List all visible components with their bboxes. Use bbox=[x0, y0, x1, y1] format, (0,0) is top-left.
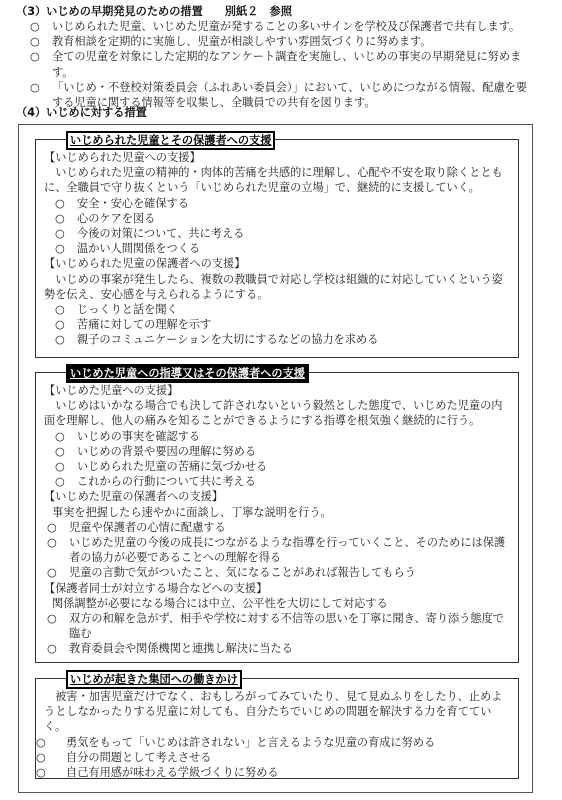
list-item: ○温かい人間関係をつくる bbox=[44, 241, 510, 256]
circle-bullet-icon: ○ bbox=[47, 611, 57, 626]
bullet-list: ○児童や保護者の心情に配慮する ○いじめた児童の今後の成長につながるような指導を… bbox=[44, 520, 510, 581]
circle-bullet-icon: ○ bbox=[47, 520, 57, 535]
list-item: ○親子のコミュニケーションを大切にするなどの協力を求める bbox=[44, 332, 510, 347]
box-title: いじめた児童への指導又はその保護者への支援 bbox=[66, 364, 309, 383]
circle-bullet-icon: ○ bbox=[55, 211, 65, 226]
list-item: ○いじめの事実を確認する bbox=[44, 429, 510, 444]
circle-bullet-icon: ○ bbox=[55, 459, 65, 474]
subsection-label: 【いじめた児童の保護者への支援】 bbox=[44, 489, 510, 504]
circle-bullet-icon: ○ bbox=[55, 226, 65, 241]
circle-bullet-icon: ○ bbox=[55, 474, 65, 489]
subsection-text: いじめの事案が発生したら、複数の教職員で対応し学校は組織的に対応していくという姿… bbox=[44, 272, 510, 302]
circle-bullet-icon: ○ bbox=[36, 735, 46, 750]
section-3-heading: （3）いじめの早期発見のための措置別紙２ 参照 bbox=[16, 4, 292, 19]
list-item: ○いじめられた児童の苦痛に気づかせる bbox=[44, 459, 510, 474]
section-3-reference: 別紙２ 参照 bbox=[225, 5, 292, 18]
subsection-label: 【いじめられた児童への支援】 bbox=[44, 150, 510, 165]
bullet-list: ○じっくりと話を聞く ○苦痛に対しての理解を示す ○親子のコミュニケーションを大… bbox=[44, 302, 510, 348]
circle-bullet-icon: ○ bbox=[55, 302, 65, 317]
box-title: いじめが起きた集団への働きかけ bbox=[66, 670, 242, 689]
subsection-text: いじめはいかなる場合でも決して許されないという毅然とした態度で、いじめた児童の内… bbox=[44, 398, 510, 428]
list-item: ○これからの行動について共に考える bbox=[44, 474, 510, 489]
section-3-title: （3）いじめの早期発見のための措置 bbox=[16, 5, 203, 18]
circle-bullet-icon: ○ bbox=[30, 49, 40, 64]
guidance-bullying-child-box: いじめた児童への指導又はその保護者への支援 【いじめた児童への支援】 いじめはい… bbox=[35, 372, 519, 663]
circle-bullet-icon: ○ bbox=[36, 765, 46, 780]
subsection-text: 関係調整が必要になる場合には中立、公平性を大切にして対応する bbox=[44, 596, 510, 611]
circle-bullet-icon: ○ bbox=[55, 444, 65, 459]
section-4-heading: （4）いじめに対する措置 bbox=[16, 105, 147, 120]
list-item: ○いじめた児童の今後の成長につながるような指導を行っていくこと、そのためには保護… bbox=[44, 535, 510, 565]
list-item: ○全ての児童を対象にした定期的なアンケート調査を実施し、いじめの事実の早期発見に… bbox=[30, 49, 535, 79]
support-bullied-box: いじめられた児童とその保護者への支援 【いじめられた児童への支援】 いじめられた… bbox=[35, 139, 519, 358]
circle-bullet-icon: ○ bbox=[47, 641, 57, 656]
subsection-label: 【いじめられた児童の保護者への支援】 bbox=[44, 256, 510, 271]
section-3-list: ○いじめられた児童、いじめた児童が発することの多いサインを学校及び保護者で共有し… bbox=[30, 19, 535, 110]
circle-bullet-icon: ○ bbox=[55, 196, 65, 211]
circle-bullet-icon: ○ bbox=[55, 241, 65, 256]
list-item: ○じっくりと話を聞く bbox=[44, 302, 510, 317]
circle-bullet-icon: ○ bbox=[55, 317, 65, 332]
bullet-list: ○勇気をもって「いじめは許されない」と言えるような児童の育成に努める ○自分の問… bbox=[36, 735, 510, 781]
group-intervention-box: いじめが起きた集団への働きかけ 被害・加害児童だけでなく、おもしろがってみていた… bbox=[35, 678, 519, 779]
subsection-label: 【いじめた児童への支援】 bbox=[44, 383, 510, 398]
list-item: ○教育相談を定期的に実施し、児童が相談しやすい雰囲気づくりに努めます。 bbox=[30, 34, 535, 49]
list-item: ○自己有用感が味わえる学級づくりに努める bbox=[36, 765, 510, 780]
subsection-text: 事実を把握したら速やかに面談し、丁寧な説明を行う。 bbox=[44, 505, 510, 520]
list-item: ○いじめの背景や要因の理解に努める bbox=[44, 444, 510, 459]
bullet-list: ○安全・安心を確保する ○心のケアを図る ○今後の対策について、共に考える ○温… bbox=[44, 196, 510, 257]
box-title: いじめられた児童とその保護者への支援 bbox=[66, 131, 275, 150]
circle-bullet-icon: ○ bbox=[30, 34, 40, 49]
box-text: 被害・加害児童だけでなく、おもしろがってみていたり、見て見ぬふりをしたり、止めよ… bbox=[44, 689, 510, 735]
list-item: ○教育委員会や関係機関と連携し解決に当たる bbox=[44, 641, 510, 656]
list-item: ○心のケアを図る bbox=[44, 211, 510, 226]
circle-bullet-icon: ○ bbox=[30, 19, 40, 34]
list-item: ○勇気をもって「いじめは許されない」と言えるような児童の育成に努める bbox=[36, 735, 510, 750]
list-item: ○いじめられた児童、いじめた児童が発することの多いサインを学校及び保護者で共有し… bbox=[30, 19, 535, 34]
circle-bullet-icon: ○ bbox=[55, 429, 65, 444]
list-item: ○自分の問題として考えさせる bbox=[36, 750, 510, 765]
bullet-list: ○いじめの事実を確認する ○いじめの背景や要因の理解に努める ○いじめられた児童… bbox=[44, 429, 510, 490]
list-item: ○苦痛に対しての理解を示す bbox=[44, 317, 510, 332]
circle-bullet-icon: ○ bbox=[47, 565, 57, 580]
circle-bullet-icon: ○ bbox=[47, 535, 57, 550]
list-item: ○児童や保護者の心情に配慮する bbox=[44, 520, 510, 535]
list-item: ○安全・安心を確保する bbox=[44, 196, 510, 211]
circle-bullet-icon: ○ bbox=[30, 80, 40, 95]
circle-bullet-icon: ○ bbox=[55, 332, 65, 347]
list-item: ○双方の和解を急がず、相手や学校に対する不信等の思いを丁寧に聞き、寄り添う態度で… bbox=[44, 611, 510, 641]
subsection-label: 【保護者同士が対立する場合などへの支援】 bbox=[44, 581, 510, 596]
bullet-list: ○双方の和解を急がず、相手や学校に対する不信等の思いを丁寧に聞き、寄り添う態度で… bbox=[44, 611, 510, 657]
circle-bullet-icon: ○ bbox=[36, 750, 46, 765]
list-item: ○児童の言動で気がついたこと、気になることがあれば報告してもらう bbox=[44, 565, 510, 580]
subsection-text: いじめられた児童の精神的・肉体的苦痛を共感的に理解し、心配や不安を取り除くととも… bbox=[44, 165, 510, 195]
list-item: ○今後の対策について、共に考える bbox=[44, 226, 510, 241]
